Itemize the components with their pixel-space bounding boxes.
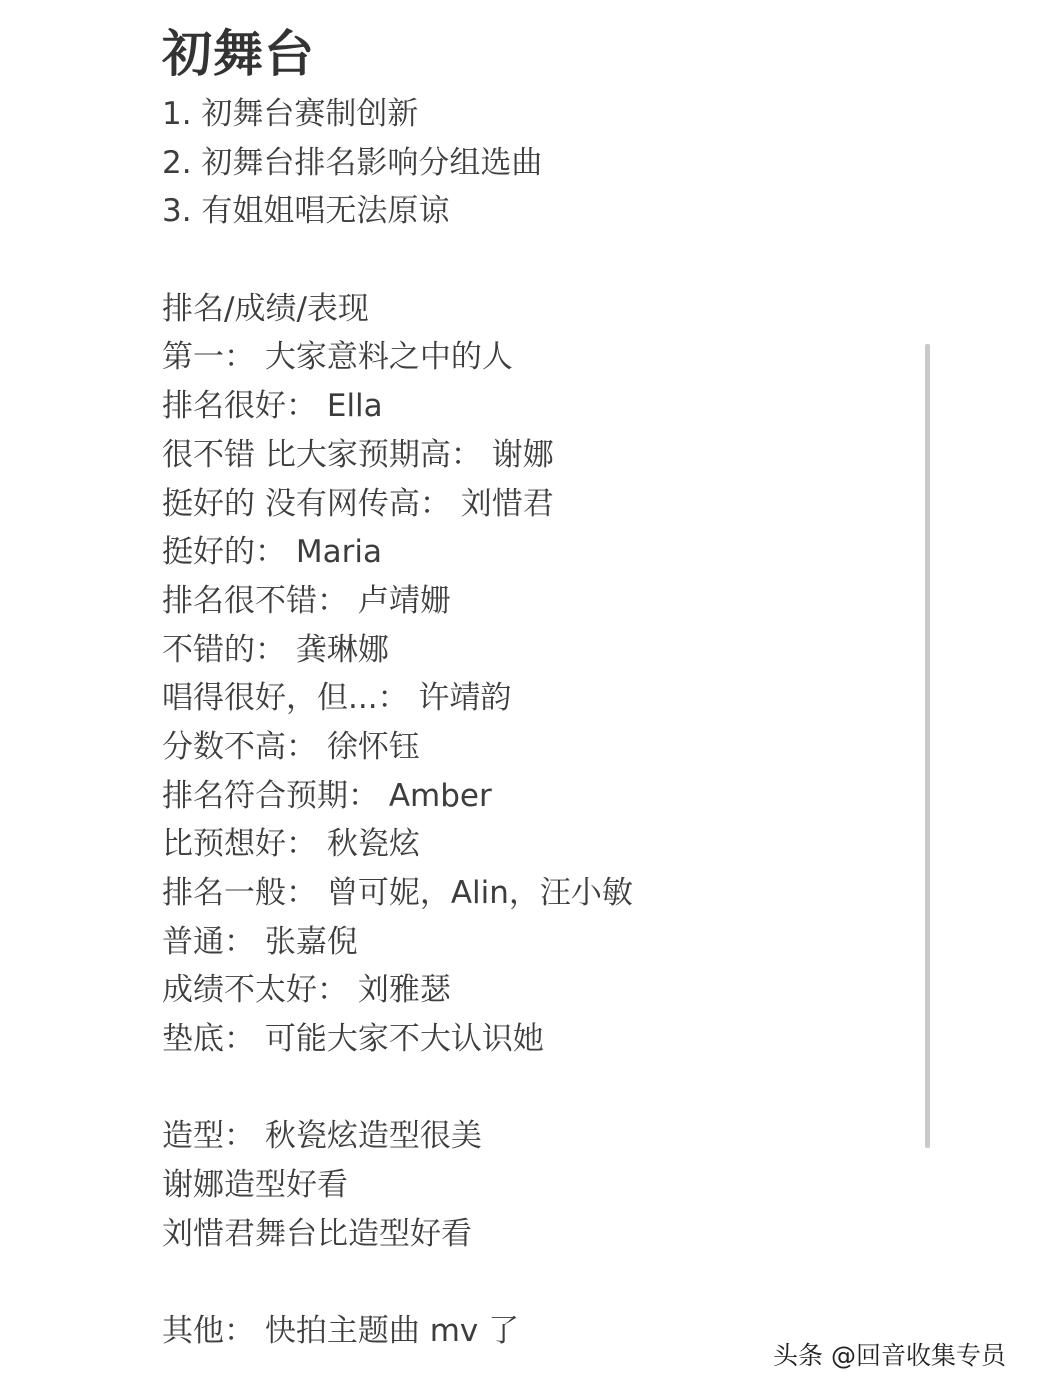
ranking-item: 很不错 比大家预期高： 谢娜 xyxy=(162,431,922,480)
ranking-item: 比预想好： 秋瓷炫 xyxy=(162,820,922,869)
styling-item: 造型： 秋瓷炫造型很美 xyxy=(162,1112,922,1161)
ranking-item: 分数不高： 徐怀钰 xyxy=(162,723,922,772)
note-document: 初舞台 1. 初舞台赛制创新 2. 初舞台排名影响分组选曲 3. 有姐姐唱无法原… xyxy=(162,18,922,1356)
ranking-item: 排名很好： Ella xyxy=(162,382,922,431)
styling-section: 造型： 秋瓷炫造型很美 谢娜造型好看 刘惜君舞台比造型好看 xyxy=(162,1112,922,1258)
summary-item: 1. 初舞台赛制创新 xyxy=(162,90,922,139)
styling-item: 谢娜造型好看 xyxy=(162,1161,922,1210)
ranking-item: 第一： 大家意料之中的人 xyxy=(162,333,922,382)
vertical-scrollbar[interactable] xyxy=(925,344,930,1148)
ranking-item: 不错的： 龚琳娜 xyxy=(162,626,922,675)
ranking-item: 唱得很好，但...： 许靖韵 xyxy=(162,674,922,723)
spacer xyxy=(162,1064,922,1113)
ranking-item: 挺好的： Maria xyxy=(162,528,922,577)
ranking-item: 排名很不错： 卢靖姗 xyxy=(162,577,922,626)
styling-item: 刘惜君舞台比造型好看 xyxy=(162,1210,922,1259)
ranking-item: 排名符合预期： Amber xyxy=(162,772,922,821)
spacer xyxy=(162,236,922,285)
ranking-item: 普通： 张嘉倪 xyxy=(162,918,922,967)
ranking-item: 垫底： 可能大家不大认识她 xyxy=(162,1015,922,1064)
summary-item: 3. 有姐姐唱无法原谅 xyxy=(162,187,922,236)
ranking-header: 排名/成绩/表现 xyxy=(162,285,922,334)
ranking-item: 挺好的 没有网传高： 刘惜君 xyxy=(162,480,922,529)
summary-item: 2. 初舞台排名影响分组选曲 xyxy=(162,139,922,188)
watermark: 头条 @回音收集专员 xyxy=(773,1336,1006,1372)
ranking-item: 成绩不太好： 刘雅瑟 xyxy=(162,966,922,1015)
summary-list: 1. 初舞台赛制创新 2. 初舞台排名影响分组选曲 3. 有姐姐唱无法原谅 xyxy=(162,90,922,236)
spacer xyxy=(162,1259,922,1308)
page-title: 初舞台 xyxy=(162,18,922,90)
ranking-item: 排名一般： 曾可妮，Alin，汪小敏 xyxy=(162,869,922,918)
ranking-section: 排名/成绩/表现 第一： 大家意料之中的人 排名很好： Ella 很不错 比大家… xyxy=(162,285,922,1064)
